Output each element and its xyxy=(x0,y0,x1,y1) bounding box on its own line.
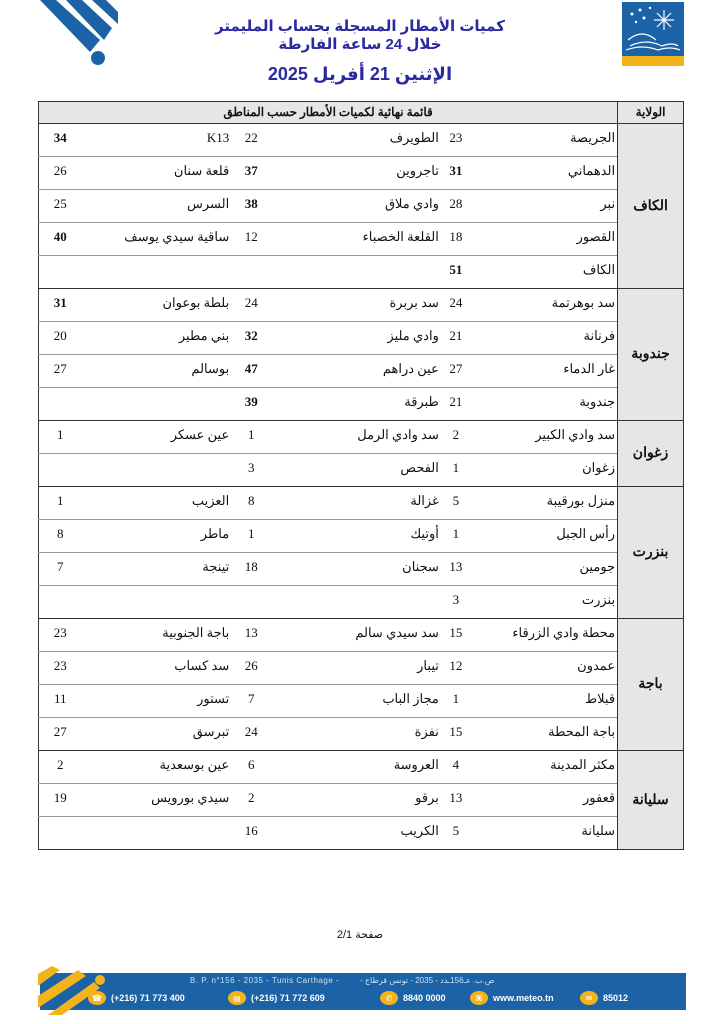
station-name: سد كساب xyxy=(81,652,231,685)
footer-stripes-icon xyxy=(38,960,108,1015)
station-name: تبرسق xyxy=(81,718,231,751)
station-name: سد وادي الكبير xyxy=(471,421,618,454)
station-name: طبرقة xyxy=(271,388,441,421)
rainfall-value: 8 xyxy=(231,487,271,520)
inm-logo-icon xyxy=(622,2,684,66)
rainfall-value: 21 xyxy=(441,388,471,421)
station-name: رأس الجبل xyxy=(471,520,618,553)
station-name: القلعة الخصباء xyxy=(271,223,441,256)
rainfall-value: 23 xyxy=(39,652,82,685)
rainfall-value xyxy=(231,256,271,289)
table-row: رأس الجبل1أوتيك1ماطر8 xyxy=(39,520,684,553)
table-row: فرنانة21وادي مليز32بني مطير20 xyxy=(39,322,684,355)
station-name: سد بوهرتمة xyxy=(471,289,618,322)
station-name: عمدون xyxy=(471,652,618,685)
station-name: نفزة xyxy=(271,718,441,751)
rainfall-value: 13 xyxy=(231,619,271,652)
table-row: غار الدماء27عين دراهم47بوسالم27 xyxy=(39,355,684,388)
page-number: صفحة 2/1 xyxy=(300,928,420,941)
station-name: غار الدماء xyxy=(471,355,618,388)
station-name: فرنانة xyxy=(471,322,618,355)
rainfall-value: 51 xyxy=(441,256,471,289)
rainfall-value: 1 xyxy=(441,520,471,553)
station-name: بنزرت xyxy=(471,586,618,619)
stripes-logo-icon xyxy=(38,0,118,70)
rainfall-value: 27 xyxy=(39,718,82,751)
station-name: غزالة xyxy=(271,487,441,520)
station-name: ماطر xyxy=(81,520,231,553)
station-name: عين عسكر xyxy=(81,421,231,454)
station-name: K13 xyxy=(81,124,231,157)
station-name: سجنان xyxy=(271,553,441,586)
title-line-1: كميات الأمطار المسجلة بحساب المليمتر xyxy=(180,18,540,36)
table-header-row: الولاية قائمة نهائية لكميات الأمطار حسب … xyxy=(39,102,684,124)
table-row: القصور18القلعة الخصباء12ساقية سيدي يوسف4… xyxy=(39,223,684,256)
website-contact[interactable]: ⌘ www.meteo.tn xyxy=(470,990,554,1006)
rainfall-value: 32 xyxy=(231,322,271,355)
rainfall-value: 18 xyxy=(441,223,471,256)
station-name: قعفور xyxy=(471,784,618,817)
station-name: الجريصة xyxy=(471,124,618,157)
station-name: باجة المحطة xyxy=(471,718,618,751)
sms-icon: ✉ xyxy=(580,991,598,1005)
station-name: محطة وادي الزرقاء xyxy=(471,619,618,652)
fax-number: (+216) 71 772 609 xyxy=(251,993,325,1003)
rainfall-value: 26 xyxy=(231,652,271,685)
station-name xyxy=(81,817,231,850)
rainfall-value: 1 xyxy=(39,487,82,520)
station-name: قلعة سنان xyxy=(81,157,231,190)
rainfall-value: 40 xyxy=(39,223,82,256)
station-name: جومين xyxy=(471,553,618,586)
rainfall-value: 7 xyxy=(39,553,82,586)
rainfall-value: 15 xyxy=(441,619,471,652)
rainfall-value: 1 xyxy=(231,421,271,454)
table-row: الدهماني31تاجروين37قلعة سنان26 xyxy=(39,157,684,190)
table-row: زغوانسد وادي الكبير2سد وادي الرمل1عين عس… xyxy=(39,421,684,454)
station-name: عين دراهم xyxy=(271,355,441,388)
rainfall-value: 23 xyxy=(39,619,82,652)
rainfall-value: 1 xyxy=(39,421,82,454)
rainfall-value: 19 xyxy=(39,784,82,817)
rainfall-value: 25 xyxy=(39,190,82,223)
station-name: بوسالم xyxy=(81,355,231,388)
station-name: تاجروين xyxy=(271,157,441,190)
address-ar: ص.ب. عـ156ـدد - 2035 - تونس قرطاج - xyxy=(360,976,520,985)
rainfall-value: 1 xyxy=(231,520,271,553)
fax-icon: ▤ xyxy=(228,991,246,1005)
table-row: سليانة5الكريب16 xyxy=(39,817,684,850)
table-row: زغوان1الفحص3 xyxy=(39,454,684,487)
station-name: باجة الجنوبية xyxy=(81,619,231,652)
station-name: منزل بورقيبة xyxy=(471,487,618,520)
table-row: باجة المحطة15نفزة24تبرسق27 xyxy=(39,718,684,751)
rainfall-value: 3 xyxy=(441,586,471,619)
rainfall-table: الولاية قائمة نهائية لكميات الأمطار حسب … xyxy=(38,101,684,850)
table-row: عمدون12تيبار26سد كساب23 xyxy=(39,652,684,685)
rainfall-value: 2 xyxy=(39,751,82,784)
report-title: كميات الأمطار المسجلة بحساب المليمتر خلا… xyxy=(180,18,540,54)
station-name: سد وادي الرمل xyxy=(271,421,441,454)
rainfall-value: 22 xyxy=(231,124,271,157)
rainfall-value: 13 xyxy=(441,553,471,586)
report-date: الإثنين 21 أفريل 2025 xyxy=(180,64,540,85)
station-name: بلطة بوعوان xyxy=(81,289,231,322)
table-row: بنزرت3 xyxy=(39,586,684,619)
rainfall-value: 12 xyxy=(441,652,471,685)
station-name: جندوبة xyxy=(471,388,618,421)
rainfall-value: 6 xyxy=(231,751,271,784)
station-name: العزيب xyxy=(81,487,231,520)
table-row: نبر28وادي ملاق38السرس25 xyxy=(39,190,684,223)
green-number-contact: ✆ 8840 0000 xyxy=(380,990,446,1006)
station-name: تينجة xyxy=(81,553,231,586)
web-icon: ⌘ xyxy=(470,991,488,1005)
rainfall-value: 5 xyxy=(441,817,471,850)
phone-number: (+216) 71 773 400 xyxy=(111,993,185,1003)
station-name: سد بربرة xyxy=(271,289,441,322)
station-name: مجاز الباب xyxy=(271,685,441,718)
table-row: جومين13سجنان18تينجة7 xyxy=(39,553,684,586)
station-name: القصور xyxy=(471,223,618,256)
rainfall-value: 16 xyxy=(231,817,271,850)
region-cell: الكاف xyxy=(618,124,684,289)
station-name xyxy=(81,388,231,421)
rainfall-value: 7 xyxy=(231,685,271,718)
station-name: الفحص xyxy=(271,454,441,487)
region-cell: بنزرت xyxy=(618,487,684,619)
station-name xyxy=(81,586,231,619)
rainfall-value xyxy=(39,388,82,421)
station-name: الطويرف xyxy=(271,124,441,157)
station-name xyxy=(271,586,441,619)
rainfall-value: 23 xyxy=(441,124,471,157)
title-line-2: خلال 24 ساعة الفارطة xyxy=(180,36,540,54)
rainfall-value: 37 xyxy=(231,157,271,190)
fax-contact: ▤ (+216) 71 772 609 xyxy=(228,990,325,1006)
rainfall-value: 1 xyxy=(441,454,471,487)
rainfall-value: 27 xyxy=(441,355,471,388)
region-cell: جندوبة xyxy=(618,289,684,421)
rainfall-value: 34 xyxy=(39,124,82,157)
header-region: الولاية xyxy=(618,102,684,124)
rainfall-value: 28 xyxy=(441,190,471,223)
station-name: بني مطير xyxy=(81,322,231,355)
rainfall-value xyxy=(39,256,82,289)
station-name: أوتيك xyxy=(271,520,441,553)
sms-contact: ✉ 85012 xyxy=(580,990,628,1006)
rainfall-value: 15 xyxy=(441,718,471,751)
rainfall-value: 2 xyxy=(441,421,471,454)
station-name xyxy=(81,256,231,289)
table-row: قعفور13برقو2سيدي بورويس19 xyxy=(39,784,684,817)
table-row: الكاف51 xyxy=(39,256,684,289)
region-cell: باجة xyxy=(618,619,684,751)
station-name: الدهماني xyxy=(471,157,618,190)
table-body: الكافالجريصة23الطويرف22K1334الدهماني31تا… xyxy=(39,124,684,850)
station-name: الكريب xyxy=(271,817,441,850)
rainfall-value: 5 xyxy=(441,487,471,520)
rainfall-value: 3 xyxy=(231,454,271,487)
rainfall-value: 20 xyxy=(39,322,82,355)
green-number: 8840 0000 xyxy=(403,993,446,1003)
station-name xyxy=(271,256,441,289)
station-name: وادي مليز xyxy=(271,322,441,355)
table-row: سليانةمكثر المدينة4العروسة6عين بوسعدية2 xyxy=(39,751,684,784)
table-row: الكافالجريصة23الطويرف22K1334 xyxy=(39,124,684,157)
rainfall-value xyxy=(39,454,82,487)
table-row: جندوبة21طبرقة39 xyxy=(39,388,684,421)
rainfall-value: 13 xyxy=(441,784,471,817)
rainfall-value: 18 xyxy=(231,553,271,586)
rainfall-value: 4 xyxy=(441,751,471,784)
station-name: برقو xyxy=(271,784,441,817)
rainfall-value xyxy=(39,817,82,850)
header-list-title: قائمة نهائية لكميات الأمطار حسب المناطق xyxy=(39,102,618,124)
address-fr: B. P. n°156 - 2035 - Tunis Carthage - xyxy=(190,976,339,985)
rainfall-value: 24 xyxy=(231,718,271,751)
rainfall-value: 8 xyxy=(39,520,82,553)
rainfall-value: 24 xyxy=(441,289,471,322)
rainfall-value: 26 xyxy=(39,157,82,190)
station-name: سد سيدي سالم xyxy=(271,619,441,652)
station-name: قبلاط xyxy=(471,685,618,718)
station-name xyxy=(81,454,231,487)
station-name: مكثر المدينة xyxy=(471,751,618,784)
rainfall-value: 38 xyxy=(231,190,271,223)
table-row: بنزرتمنزل بورقيبة5غزالة8العزيب1 xyxy=(39,487,684,520)
region-cell: سليانة xyxy=(618,751,684,850)
station-name: سيدي بورويس xyxy=(81,784,231,817)
table-row: جندوبةسد بوهرتمة24سد بربرة24بلطة بوعوان3… xyxy=(39,289,684,322)
rainfall-value: 11 xyxy=(39,685,82,718)
rainfall-value: 47 xyxy=(231,355,271,388)
station-name: وادي ملاق xyxy=(271,190,441,223)
table-row: باجةمحطة وادي الزرقاء15سد سيدي سالم13باج… xyxy=(39,619,684,652)
table-row: قبلاط1مجاز الباب7تستور11 xyxy=(39,685,684,718)
station-name: تيبار xyxy=(271,652,441,685)
station-name: سليانة xyxy=(471,817,618,850)
station-name: عين بوسعدية xyxy=(81,751,231,784)
rainfall-value: 24 xyxy=(231,289,271,322)
station-name: العروسة xyxy=(271,751,441,784)
station-name: الكاف xyxy=(471,256,618,289)
call-icon: ✆ xyxy=(380,991,398,1005)
rainfall-value: 21 xyxy=(441,322,471,355)
region-cell: زغوان xyxy=(618,421,684,487)
sms-number: 85012 xyxy=(603,993,628,1003)
logo-band xyxy=(622,56,684,66)
rainfall-value xyxy=(231,586,271,619)
rainfall-value: 39 xyxy=(231,388,271,421)
station-name: ساقية سيدي يوسف xyxy=(81,223,231,256)
station-name: زغوان xyxy=(471,454,618,487)
rainfall-value: 12 xyxy=(231,223,271,256)
rainfall-value xyxy=(39,586,82,619)
rainfall-value: 27 xyxy=(39,355,82,388)
website-link[interactable]: www.meteo.tn xyxy=(493,993,554,1003)
rainfall-value: 2 xyxy=(231,784,271,817)
footer-bar: B. P. n°156 - 2035 - Tunis Carthage - ص.… xyxy=(40,973,686,1010)
rainfall-value: 1 xyxy=(441,685,471,718)
station-name: السرس xyxy=(81,190,231,223)
station-name: نبر xyxy=(471,190,618,223)
station-name: تستور xyxy=(81,685,231,718)
rainfall-value: 31 xyxy=(39,289,82,322)
rainfall-value: 31 xyxy=(441,157,471,190)
